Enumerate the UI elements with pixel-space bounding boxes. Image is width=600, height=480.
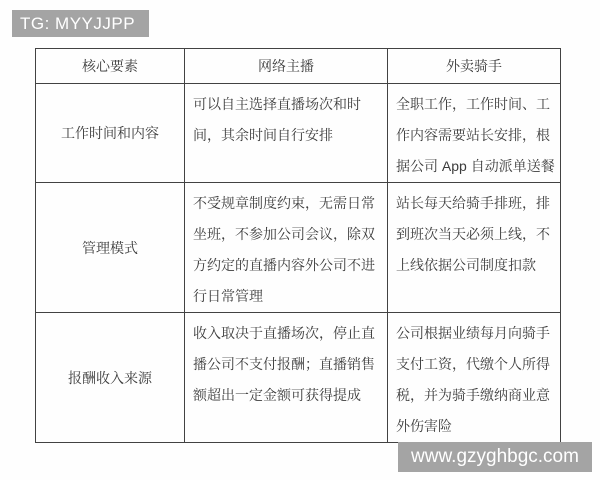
header-rider: 外卖骑手: [388, 49, 561, 84]
header-streamer: 网络主播: [185, 49, 388, 84]
header-core-factor: 核心要素: [36, 49, 185, 84]
site-watermark: www.gzyghbgc.com: [398, 442, 592, 472]
factor-cell-work-time: 工作时间和内容: [36, 84, 185, 183]
factor-cell-income: 报酬收入来源: [36, 313, 185, 443]
streamer-cell-income: 收入取决于直播场次，停止直播公司不支付报酬；直播销售额超出一定金额可获得提成: [185, 313, 388, 443]
factor-cell-management: 管理模式: [36, 183, 185, 313]
table-header-row: 核心要素 网络主播 外卖骑手: [36, 49, 561, 84]
comparison-table: 核心要素 网络主播 外卖骑手 工作时间和内容 可以自主选择直播场次和时间，其余时…: [35, 48, 561, 443]
table-row: 工作时间和内容 可以自主选择直播场次和时间，其余时间自行安排 全职工作，工作时间…: [36, 84, 561, 183]
table-row: 报酬收入来源 收入取决于直播场次，停止直播公司不支付报酬；直播销售额超出一定金额…: [36, 313, 561, 443]
rider-cell-work-time: 全职工作，工作时间、工作内容需要站长安排，根据公司 App 自动派单送餐: [388, 84, 561, 183]
table-row: 管理模式 不受规章制度约束，无需日常坐班，不参加公司会议，除双方约定的直播内容外…: [36, 183, 561, 313]
tg-channel-badge: TG: MYYJJPP: [12, 10, 149, 37]
page-background: TG: MYYJJPP 核心要素 网络主播 外卖骑手 工作时间和内容 可以自主选…: [0, 0, 600, 480]
rider-cell-management: 站长每天给骑手排班，排到班次当天必须上线，不上线依据公司制度扣款: [388, 183, 561, 313]
streamer-cell-work-time: 可以自主选择直播场次和时间，其余时间自行安排: [185, 84, 388, 183]
rider-cell-income: 公司根据业绩每月向骑手支付工资，代缴个人所得税，并为骑手缴纳商业意外伤害险: [388, 313, 561, 443]
streamer-cell-management: 不受规章制度约束，无需日常坐班，不参加公司会议，除双方约定的直播内容外公司不进行…: [185, 183, 388, 313]
